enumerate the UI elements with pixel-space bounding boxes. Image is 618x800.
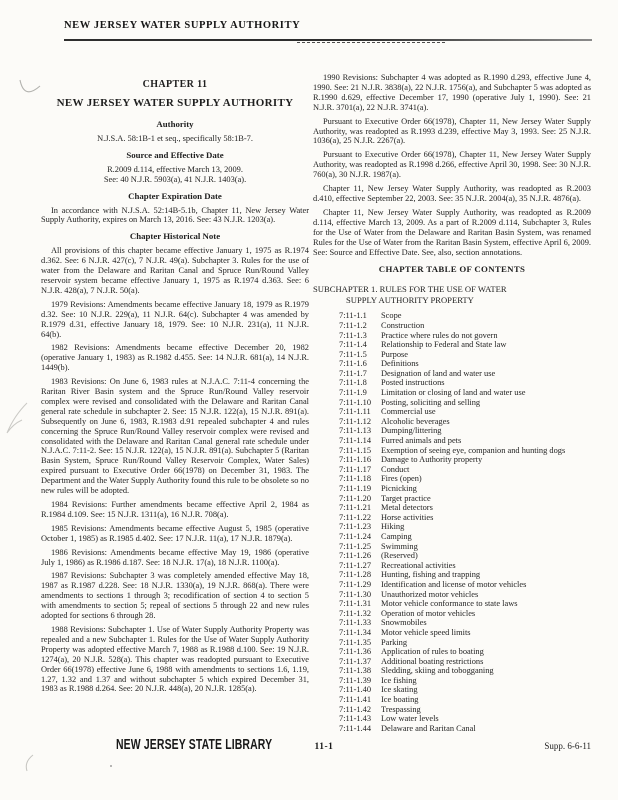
toc-item-number: 7:11-1.9 [339,388,381,398]
toc-item-title: Designation of land and water use [381,369,591,379]
toc-item-title: Damage to Authority property [381,455,591,465]
toc-item: 7:11-1.24 Camping [313,532,591,542]
toc-item: 7:11-1.33 Snowmobiles [313,618,591,628]
toc-item-title: Motor vehicle speed limits [381,628,591,638]
header-dashed-line [297,42,445,43]
toc-item-number: 7:11-1.32 [339,609,381,619]
historical-note-paragraph: 1990 Revisions: Subchapter 4 was adopted… [313,73,591,113]
toc-item-number: 7:11-1.25 [339,542,381,552]
toc-item: 7:11-1.40 Ice skating [313,685,591,695]
toc-item-number: 7:11-1.43 [339,714,381,724]
historical-note-paragraph: Pursuant to Executive Order 66(1978), Ch… [313,117,591,147]
toc-item: 7:11-1.26 (Reserved) [313,551,591,561]
toc-item: 7:11-1.32 Operation of motor vehicles [313,609,591,619]
toc-item-number: 7:11-1.11 [339,407,381,417]
toc-item-title: Sledding, skiing and tobogganing [381,666,591,676]
toc-item-title: Ice boating [381,695,591,705]
chapter-title: NEW JERSEY WATER SUPPLY AUTHORITY [41,99,309,109]
toc-item-title: Posting, soliciting and selling [381,398,591,408]
authority-citation: N.J.S.A. 58:1B-1 et seq., specifically 5… [41,134,309,144]
toc-item-number: 7:11-1.41 [339,695,381,705]
toc-item-title: Recreational activities [381,561,591,571]
toc-item-title: Ice skating [381,685,591,695]
toc-item: 7:11-1.39 Ice fishing [313,676,591,686]
toc-item-number: 7:11-1.44 [339,724,381,734]
historical-note-paragraph: 1986 Revisions: Amendments became effect… [41,548,309,568]
toc-item-number: 7:11-1.42 [339,705,381,715]
toc-item: 7:11-1.2 Construction [313,321,591,331]
toc-item: 7:11-1.31 Motor vehicle conformance to s… [313,599,591,609]
toc-item-title: Exemption of seeing eye, companion and h… [381,446,591,456]
toc-item-number: 7:11-1.39 [339,676,381,686]
historical-note-paragraph: 1988 Revisions: Subchapter 1. Use of Wat… [41,625,309,694]
toc-item-title: Limitation or closing of land and water … [381,388,591,398]
toc-item-number: 7:11-1.17 [339,465,381,475]
toc-item: 7:11-1.10 Posting, soliciting and sellin… [313,398,591,408]
toc-item-title: Relationship to Federal and State law [381,340,591,350]
toc-item-title: Snowmobiles [381,618,591,628]
toc-item-number: 7:11-1.6 [339,359,381,369]
toc-item-title: Purpose [381,350,591,360]
toc-item: 7:11-1.1 Scope [313,311,591,321]
toc-item-number: 7:11-1.24 [339,532,381,542]
toc-item: 7:11-1.8 Posted instructions [313,378,591,388]
toc-item: 7:11-1.3 Practice where rules do not gov… [313,331,591,341]
historical-note-paragraph: All provisions of this chapter became ef… [41,246,309,296]
historical-note-paragraph: 1985 Revisions: Amendments became effect… [41,524,309,544]
source-effective-date-heading: Source and Effective Date [41,151,309,161]
toc-item-number: 7:11-1.19 [339,484,381,494]
toc-item-title: Delaware and Raritan Canal [381,724,591,734]
toc-item: 7:11-1.28 Hunting, fishing and trapping [313,570,591,580]
toc-item: 7:11-1.37 Additional boating restriction… [313,657,591,667]
toc-item-number: 7:11-1.1 [339,311,381,321]
supplement-date: Supp. 6-6-11 [544,741,591,751]
toc-item: 7:11-1.5 Purpose [313,350,591,360]
toc-item-number: 7:11-1.10 [339,398,381,408]
toc-item: 7:11-1.4 Relationship to Federal and Sta… [313,340,591,350]
toc-item-title: Parking [381,638,591,648]
chapter-expiration-heading: Chapter Expiration Date [41,192,309,202]
document-page: NEW JERSEY WATER SUPPLY AUTHORITY CHAPTE… [0,0,618,800]
toc-item: 7:11-1.44 Delaware and Raritan Canal [313,724,591,734]
toc-item-number: 7:11-1.18 [339,474,381,484]
historical-note-paragraph: Chapter 11, New Jersey Water Supply Auth… [313,184,591,204]
toc-item-number: 7:11-1.15 [339,446,381,456]
toc-item-number: 7:11-1.37 [339,657,381,667]
toc-item: 7:11-1.38 Sledding, skiing and toboggani… [313,666,591,676]
toc-item: 7:11-1.22 Horse activities [313,513,591,523]
toc-item-title: Low water levels [381,714,591,724]
historical-note-paragraph: Pursuant to Executive Order 66(1978), Ch… [313,150,591,180]
toc-item-title: Alcoholic beverages [381,417,591,427]
toc-item-title: Ice fishing [381,676,591,686]
toc-item-number: 7:11-1.7 [339,369,381,379]
toc-item-title: Unauthorized motor vehicles [381,590,591,600]
historical-note-paragraph: Chapter 11, New Jersey Water Supply Auth… [313,208,591,258]
source-line: R.2009 d.114, effective March 13, 2009. [41,165,309,175]
toc-item: 7:11-1.20 Target practice [313,494,591,504]
authority-heading: Authority [41,120,309,130]
toc-item-number: 7:11-1.28 [339,570,381,580]
toc-item: 7:11-1.11 Commercial use [313,407,591,417]
toc-item: 7:11-1.42 Trespassing [313,705,591,715]
toc-item-title: Fires (open) [381,474,591,484]
historical-note-paragraph: 1983 Revisions: On June 6, 1983 rules at… [41,377,309,496]
toc-item-number: 7:11-1.40 [339,685,381,695]
toc-item-number: 7:11-1.12 [339,417,381,427]
chapter-expiration-paragraph: In accordance with N.J.S.A. 52:14B-5.1b,… [41,206,309,226]
page-number: 11-1 [0,742,618,752]
toc-item-number: 7:11-1.27 [339,561,381,571]
subchapter-heading: SUBCHAPTER 1. RULES FOR THE USE OF WATER… [313,284,591,305]
table-of-contents-heading: CHAPTER TABLE OF CONTENTS [313,265,591,275]
toc-item: 7:11-1.17 Conduct [313,465,591,475]
toc-item: 7:11-1.16 Damage to Authority property [313,455,591,465]
toc-item-title: Metal detectors [381,503,591,513]
chapter-label: CHAPTER 11 [41,80,309,90]
chapter-historical-note-heading: Chapter Historical Note [41,232,309,242]
toc-item-title: Motor vehicle conformance to state laws [381,599,591,609]
toc-item-number: 7:11-1.14 [339,436,381,446]
toc-item-number: 7:11-1.3 [339,331,381,341]
toc-item: 7:11-1.19 Picnicking [313,484,591,494]
toc-item-number: 7:11-1.21 [339,503,381,513]
toc-item-title: Definitions [381,359,591,369]
toc-item: 7:11-1.23 Hiking [313,522,591,532]
historical-note-paragraph: 1987 Revisions: Subchapter 3 was complet… [41,571,309,621]
toc-item: 7:11-1.36 Application of rules to boatin… [313,647,591,657]
toc-item-title: Posted instructions [381,378,591,388]
toc-item-number: 7:11-1.35 [339,638,381,648]
toc-item-title: Construction [381,321,591,331]
toc-item: 7:11-1.6 Definitions [313,359,591,369]
toc-item-number: 7:11-1.8 [339,378,381,388]
historical-note-paragraph: 1979 Revisions: Amendments became effect… [41,300,309,340]
toc-item: 7:11-1.29 Identification and license of … [313,580,591,590]
toc-item-title: Practice where rules do not govern [381,331,591,341]
toc-item: 7:11-1.43 Low water levels [313,714,591,724]
toc-item-number: 7:11-1.38 [339,666,381,676]
toc-item-title: Operation of motor vehicles [381,609,591,619]
toc-item-number: 7:11-1.20 [339,494,381,504]
toc-item: 7:11-1.14 Furred animals and pets [313,436,591,446]
toc-item-title: Swimming [381,542,591,552]
toc-item-title: Conduct [381,465,591,475]
toc-item: 7:11-1.34 Motor vehicle speed limits [313,628,591,638]
toc-item-title: Additional boating restrictions [381,657,591,667]
toc-item-number: 7:11-1.13 [339,426,381,436]
toc-item: 7:11-1.15 Exemption of seeing eye, compa… [313,446,591,456]
toc-item-title: Furred animals and pets [381,436,591,446]
source-line: See: 40 N.J.R. 5903(a), 41 N.J.R. 1403(a… [41,175,309,185]
left-column: CHAPTER 11 NEW JERSEY WATER SUPPLY AUTHO… [41,80,309,698]
toc-item-title: Identification and license of motor vehi… [381,580,591,590]
toc-item-number: 7:11-1.34 [339,628,381,638]
toc-item: 7:11-1.12 Alcoholic beverages [313,417,591,427]
toc-item-title: Hunting, fishing and trapping [381,570,591,580]
toc-item: 7:11-1.25 Swimming [313,542,591,552]
toc-item: 7:11-1.18 Fires (open) [313,474,591,484]
toc-item-number: 7:11-1.16 [339,455,381,465]
toc-item-number: 7:11-1.4 [339,340,381,350]
toc-item: 7:11-1.30 Unauthorized motor vehicles [313,590,591,600]
toc-item-title: Scope [381,311,591,321]
toc-item-number: 7:11-1.30 [339,590,381,600]
toc-item: 7:11-1.41 Ice boating [313,695,591,705]
toc-item-number: 7:11-1.5 [339,350,381,360]
toc-item-number: 7:11-1.26 [339,551,381,561]
running-header-title: NEW JERSEY WATER SUPPLY AUTHORITY [64,20,300,31]
toc-item: 7:11-1.9 Limitation or closing of land a… [313,388,591,398]
toc-list: 7:11-1.1 Scope 7:11-1.2 Construction 7:1… [313,311,591,733]
right-column: 1990 Revisions: Subchapter 4 was adopted… [313,73,591,733]
toc-item-title: Horse activities [381,513,591,523]
toc-item-number: 7:11-1.36 [339,647,381,657]
toc-item-title: Picnicking [381,484,591,494]
toc-item: 7:11-1.13 Dumping/littering [313,426,591,436]
historical-note-paragraph: 1984 Revisions: Further amendments becam… [41,500,309,520]
historical-note-paragraph: 1982 Revisions: Amendments became effect… [41,343,309,373]
toc-item-title: Application of rules to boating [381,647,591,657]
toc-item-title: Commercial use [381,407,591,417]
toc-item-number: 7:11-1.31 [339,599,381,609]
toc-item-title: Trespassing [381,705,591,715]
subchapter-heading-line1: SUBCHAPTER 1. RULES FOR THE USE OF WATER [313,284,591,295]
toc-item-number: 7:11-1.2 [339,321,381,331]
toc-item-title: Camping [381,532,591,542]
toc-item-number: 7:11-1.22 [339,513,381,523]
toc-item: 7:11-1.27 Recreational activities [313,561,591,571]
toc-item: 7:11-1.21 Metal detectors [313,503,591,513]
toc-item-title: Hiking [381,522,591,532]
toc-item-number: 7:11-1.23 [339,522,381,532]
subchapter-heading-line2: SUPPLY AUTHORITY PROPERTY [313,295,591,306]
toc-item-number: 7:11-1.33 [339,618,381,628]
toc-item-title: Dumping/littering [381,426,591,436]
toc-item-number: 7:11-1.29 [339,580,381,590]
toc-item: 7:11-1.35 Parking [313,638,591,648]
toc-item-title: Target practice [381,494,591,504]
toc-item: 7:11-1.7 Designation of land and water u… [313,369,591,379]
header-rule [64,39,592,41]
toc-item-title: (Reserved) [381,551,591,561]
